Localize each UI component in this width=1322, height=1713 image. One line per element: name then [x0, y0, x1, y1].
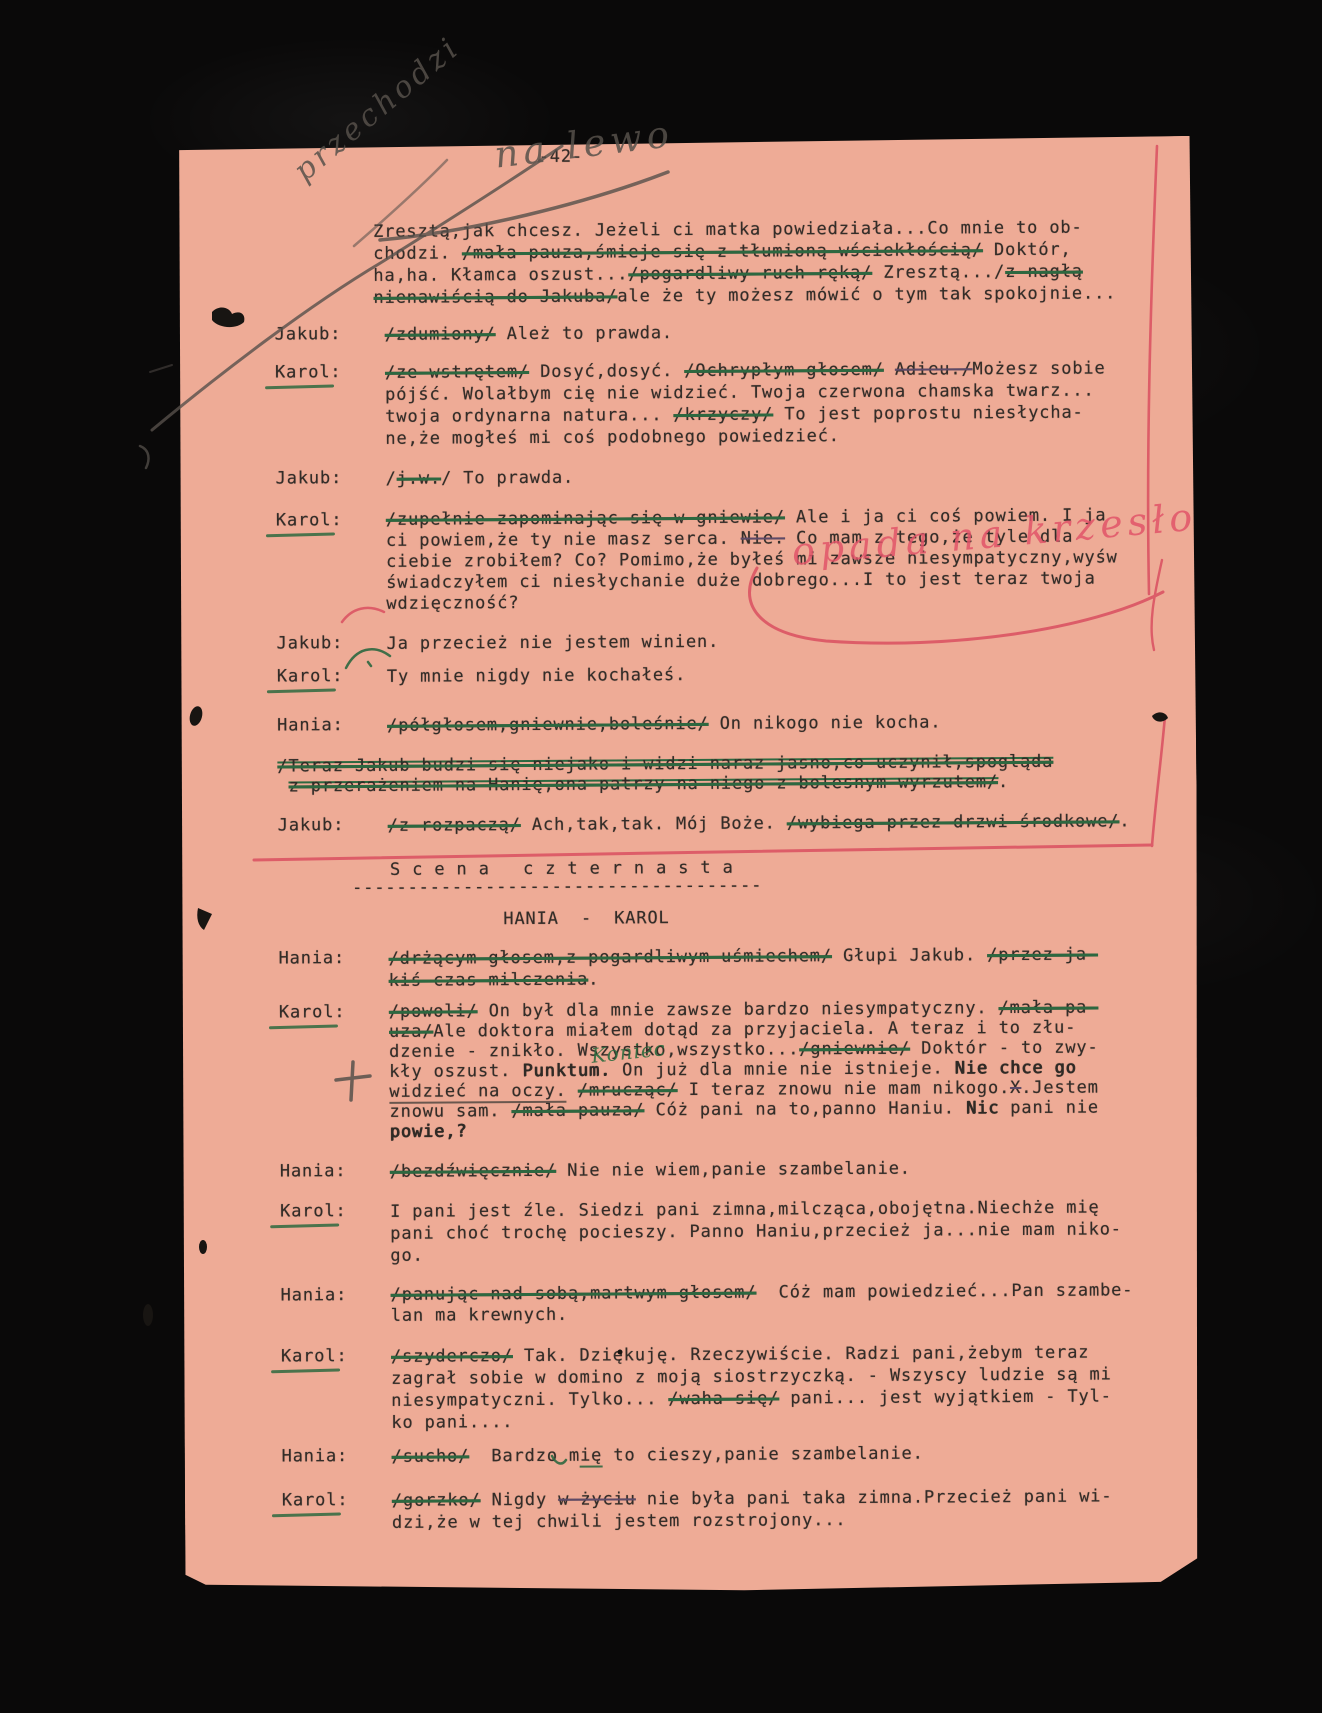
typed-line: /zdumiony/ Ależ to prawda. [385, 322, 673, 346]
struck-text: /Ochrypłym głosem/ [684, 360, 884, 381]
typed-line: ne,że mogłeś mi coś podobnego powiedzieć… [385, 423, 1106, 449]
struck-text: /półgłosem,gniewnie,boleśnie/ [387, 714, 709, 736]
typed-line: /bezdźwięcznie/ Nie nie wiem,panie szamb… [390, 1158, 911, 1183]
struck-text: /bezdźwięcznie/ [390, 1161, 556, 1182]
typed-line: /j.w./ To prawda. [386, 467, 575, 490]
speaker-label: Karol: [277, 666, 344, 686]
typed-text: Cóż pani na to,panno Haniu. [644, 1098, 966, 1120]
script-page-paper: -42- Zresztą,jak chcesz. Jeżeli ci matka… [177, 136, 1202, 1595]
typed-text: Ty mnie nigdy nie kochałeś. [387, 665, 686, 687]
scene-characters: HANIA - KAROL [503, 908, 669, 929]
typed-line: kiś czas milczenia. [389, 966, 1099, 992]
struck-text: kiś czas milczenia [389, 970, 589, 991]
struck-text: /sucho/ [392, 1446, 470, 1466]
typed-text: Nic [966, 1098, 999, 1118]
struck-text: /ze wstrętem/ [385, 362, 529, 383]
typed-text: I teraz znowu nie mam nikogo. [678, 1078, 1011, 1100]
struck-text: uza/ [389, 1022, 433, 1042]
typed-text [884, 360, 895, 380]
typed-text: kły oszust. [389, 1061, 522, 1082]
speaker-label: Karol: [279, 1002, 346, 1022]
struck-text: nienawiścią do Jakuba/ [373, 286, 617, 307]
typed-text: to cieszy,panie szambelanie. [602, 1444, 924, 1466]
struck-text: /waha się/ [668, 1388, 779, 1409]
speaker-label: Jakub: [275, 324, 342, 344]
speaker-label: Karol: [275, 362, 342, 382]
dialogue-block-karol-5: Karol:I pani jest źle. Siedzi pani zimna… [280, 1196, 1122, 1267]
typed-text: Nie chce go [955, 1058, 1077, 1079]
typed-text: Głupi Jakub. [832, 945, 987, 966]
struck-text: /mała pauza,śmieje się z tłumioną wściek… [462, 240, 983, 263]
typed-text: niesympatyczni. Tylko... [391, 1389, 668, 1411]
typed-text: / [386, 469, 397, 489]
typed-text: go. [390, 1246, 423, 1266]
struck-text: X [1010, 1078, 1021, 1098]
dialogue-block-karol-6: Karol:/szyderczo/ Tak. Dziękuję. Rzeczyw… [281, 1341, 1112, 1434]
typed-text: Nie nie wiem,panie szambelanie. [556, 1159, 911, 1181]
typed-text: Doktór, [983, 240, 1072, 261]
struck-text: /wybiega przez drzwi środkowe/ [787, 811, 1120, 833]
typed-text: ci powiem,że ty nie masz serca. [386, 529, 741, 551]
typed-text: wdzięczność? [386, 593, 519, 614]
typed-text: ko pani.... [391, 1412, 513, 1433]
speaker-label: Karol: [280, 1201, 347, 1221]
typed-text: Możesz sobie [972, 358, 1105, 379]
struck-text: /panując nad sobą,martwym głosem/ [391, 1283, 757, 1305]
typed-text: chodzi. [373, 243, 462, 264]
struck-text: Nie. [741, 528, 785, 548]
typed-text: ha,ha. Kłamca oszust... [373, 264, 628, 286]
struck-text: Adieu./ [895, 359, 973, 379]
dialogue-block-jakub-4: Jakub:/z rozpaczą/ Ach,tak,tak. Mój Boże… [278, 810, 1131, 837]
speaker-label: Hania: [281, 1285, 348, 1305]
typed-text: Cóż mam powiedzieć...Pan szambe- [756, 1280, 1133, 1302]
typed-text: Bardzo m [469, 1446, 580, 1467]
struck-text: /powoli/ [389, 1001, 478, 1022]
typed-text: Ja przecież nie jestem winien. [387, 632, 720, 654]
struck-text: /szyderczo/ [391, 1346, 513, 1367]
typed-line: powie,? [390, 1118, 1100, 1142]
struck-text: w życiu [558, 1489, 636, 1509]
typed-text: To jest poprostu niesłycha- [773, 403, 1084, 425]
dialogue-block-jakub-2: Jakub:/j.w./ To prawda. [276, 467, 575, 491]
struck-text: /z rozpaczą/ [388, 815, 521, 836]
typed-line: z przerażeniem na Hanię,ona patrzy na ni… [277, 772, 1053, 797]
typed-text: . [998, 772, 1009, 792]
typed-line: /sucho/ Bardzo mię to cieszy,panie szamb… [392, 1443, 924, 1468]
scan-background: -42- Zresztą,jak chcesz. Jeżeli ci matka… [0, 0, 1322, 1713]
typed-text: Tak. Dziękuję. Rzeczywiście. Radzi pani,… [513, 1343, 1090, 1367]
typed-text: On już dla mnie nie istnieje. [611, 1058, 955, 1080]
typed-text: nie była pani taka zimna.Przecież pani w… [636, 1486, 1113, 1509]
dialogue-block-karol-7: Karol:/gorzko/ Nigdy w życiu nie była pa… [282, 1485, 1113, 1534]
dialogue-block-hania-1: Hania:/półgłosem,gniewnie,boleśnie/ On n… [277, 711, 941, 737]
struck-text: /pogardliwy ruch ręką/ [628, 263, 872, 284]
dialogue-block-karol-1: Karol:/ze wstrętem/ Dosyć,dosyć. /Ochryp… [275, 357, 1106, 450]
typed-line: /z rozpaczą/ Ach,tak,tak. Mój Boże. /wyb… [388, 810, 1131, 837]
typed-text: twoja ordynarna natura... [385, 405, 673, 427]
dialogue-block-jakub-3: Jakub:Ja przecież nie jestem winien. [277, 631, 720, 656]
dialogue-block-jakub-1: Jakub:/zdumiony/ Ależ to prawda. [275, 322, 673, 346]
typed-line: wdzięczność? [386, 589, 1118, 614]
speaker-label: Jakub: [277, 633, 344, 653]
speaker-label: Karol: [282, 1490, 349, 1510]
typed-line: dzi,że w tej chwili jestem rozstrojony..… [392, 1507, 1113, 1533]
typed-line: go. [390, 1240, 1122, 1266]
typed-text: ię [580, 1446, 602, 1468]
typed-line: /półgłosem,gniewnie,boleśnie/ On nikogo … [387, 711, 941, 736]
typed-text: dzi,że w tej chwili jestem rozstrojony..… [392, 1510, 847, 1533]
dialogue-block-hania-5: Hania:/sucho/ Bardzo mię to cieszy,panie… [282, 1443, 924, 1469]
typed-text: Dosyć,dosyć. [529, 361, 684, 382]
typed-text: / To prawda. [441, 468, 574, 489]
struck-text: /gniewnie/ [799, 1039, 910, 1060]
typed-text: Ach,tak,tak. Mój Boże. [521, 813, 787, 835]
typed-text: lan ma krewnych. [391, 1305, 568, 1326]
typed-text [277, 776, 288, 796]
struck-text: /mała pa- [999, 998, 1099, 1019]
speaker-label: Jakub: [276, 468, 343, 488]
struck-text: /przez ja- [987, 945, 1098, 966]
typed-line: Ja przecież nie jestem winien. [387, 631, 720, 655]
typed-text: .Jestem [1021, 1078, 1099, 1098]
typed-text: Nigdy [481, 1490, 559, 1510]
dialogue-block-struck-stage-direction: /Teraz Jakub budzi się niejako i widzi n… [277, 752, 1053, 797]
struck-text: z nagłą [1005, 262, 1083, 282]
scene-title-rule: ------------------------------------- [352, 876, 762, 899]
struck-text: /gorzko/ [392, 1490, 481, 1511]
dialogue-block-hania-3: Hania:/bezdźwięcznie/ Nie nie wiem,panie… [280, 1158, 911, 1184]
speaker-label: Hania: [282, 1446, 349, 1466]
typed-line: Ty mnie nigdy nie kochałeś. [387, 664, 686, 688]
typed-line: nienawiścią do Jakuba/ale że ty możesz m… [373, 282, 1116, 309]
speaker-label: Hania: [280, 1161, 347, 1181]
typed-text: . [588, 970, 599, 990]
typed-text: pani nie [999, 1098, 1099, 1119]
dialogue-block-hania-4: Hania:/panując nad sobą,martwym głosem/ … [281, 1280, 1134, 1327]
typed-text: Ależ to prawda. [496, 323, 673, 344]
struck-text: /krzyczy/ [673, 404, 773, 425]
typed-text: ale że ty możesz mówić o tym tak spokojn… [617, 283, 1116, 306]
typed-text: Doktór - to zwy- [910, 1038, 1099, 1059]
struck-text: z przerażeniem na Hanię,ona patrzy na ni… [289, 772, 999, 796]
dialogue-block-hania-2: Hania:/drżącym głosem,z pogardliwym uśmi… [278, 944, 1098, 993]
struck-text: j.w. [397, 469, 441, 489]
typed-line: lan ma krewnych. [391, 1301, 1134, 1327]
dialogue-block-karol-4: Karol:/powoli/ On był dla mnie zawsze ba… [279, 998, 1099, 1143]
typed-text [567, 1081, 578, 1101]
typed-line: ko pani.... [391, 1407, 1112, 1433]
typed-text: Zresztą.../ [872, 262, 1005, 283]
struck-text: /drżącym głosem,z pogardliwym uśmiechem/ [389, 946, 833, 969]
dialogue-block-continuation-paragraph: Zresztą,jak chcesz. Jeżeli ci matka powi… [373, 216, 1116, 309]
struck-text: /mrucząc/ [578, 1080, 678, 1101]
speaker-label: Karol: [276, 510, 343, 530]
typed-text: On nikogo nie kocha. [709, 712, 942, 733]
struck-text: /zupełnie zapominając się w gniewie/ [386, 507, 785, 529]
typed-text: powie,? [390, 1121, 468, 1141]
speaker-label: Jakub: [278, 815, 345, 835]
typed-text: . [1119, 811, 1130, 831]
struck-text: /zdumiony/ [385, 324, 496, 345]
speaker-label: Karol: [281, 1346, 348, 1366]
typed-text: pani... jest wyjątkiem - Tyl- [779, 1386, 1112, 1408]
struck-text: /mała pauza/ [511, 1100, 644, 1121]
typed-text: znowu sam. [389, 1101, 511, 1122]
speaker-label: Hania: [277, 715, 344, 735]
dialogue-block-karol-3: Karol:Ty mnie nigdy nie kochałeś. [277, 664, 686, 688]
typed-text: ne,że mogłeś mi coś podobnego powiedzieć… [385, 426, 840, 449]
speaker-label: Hania: [278, 948, 345, 968]
